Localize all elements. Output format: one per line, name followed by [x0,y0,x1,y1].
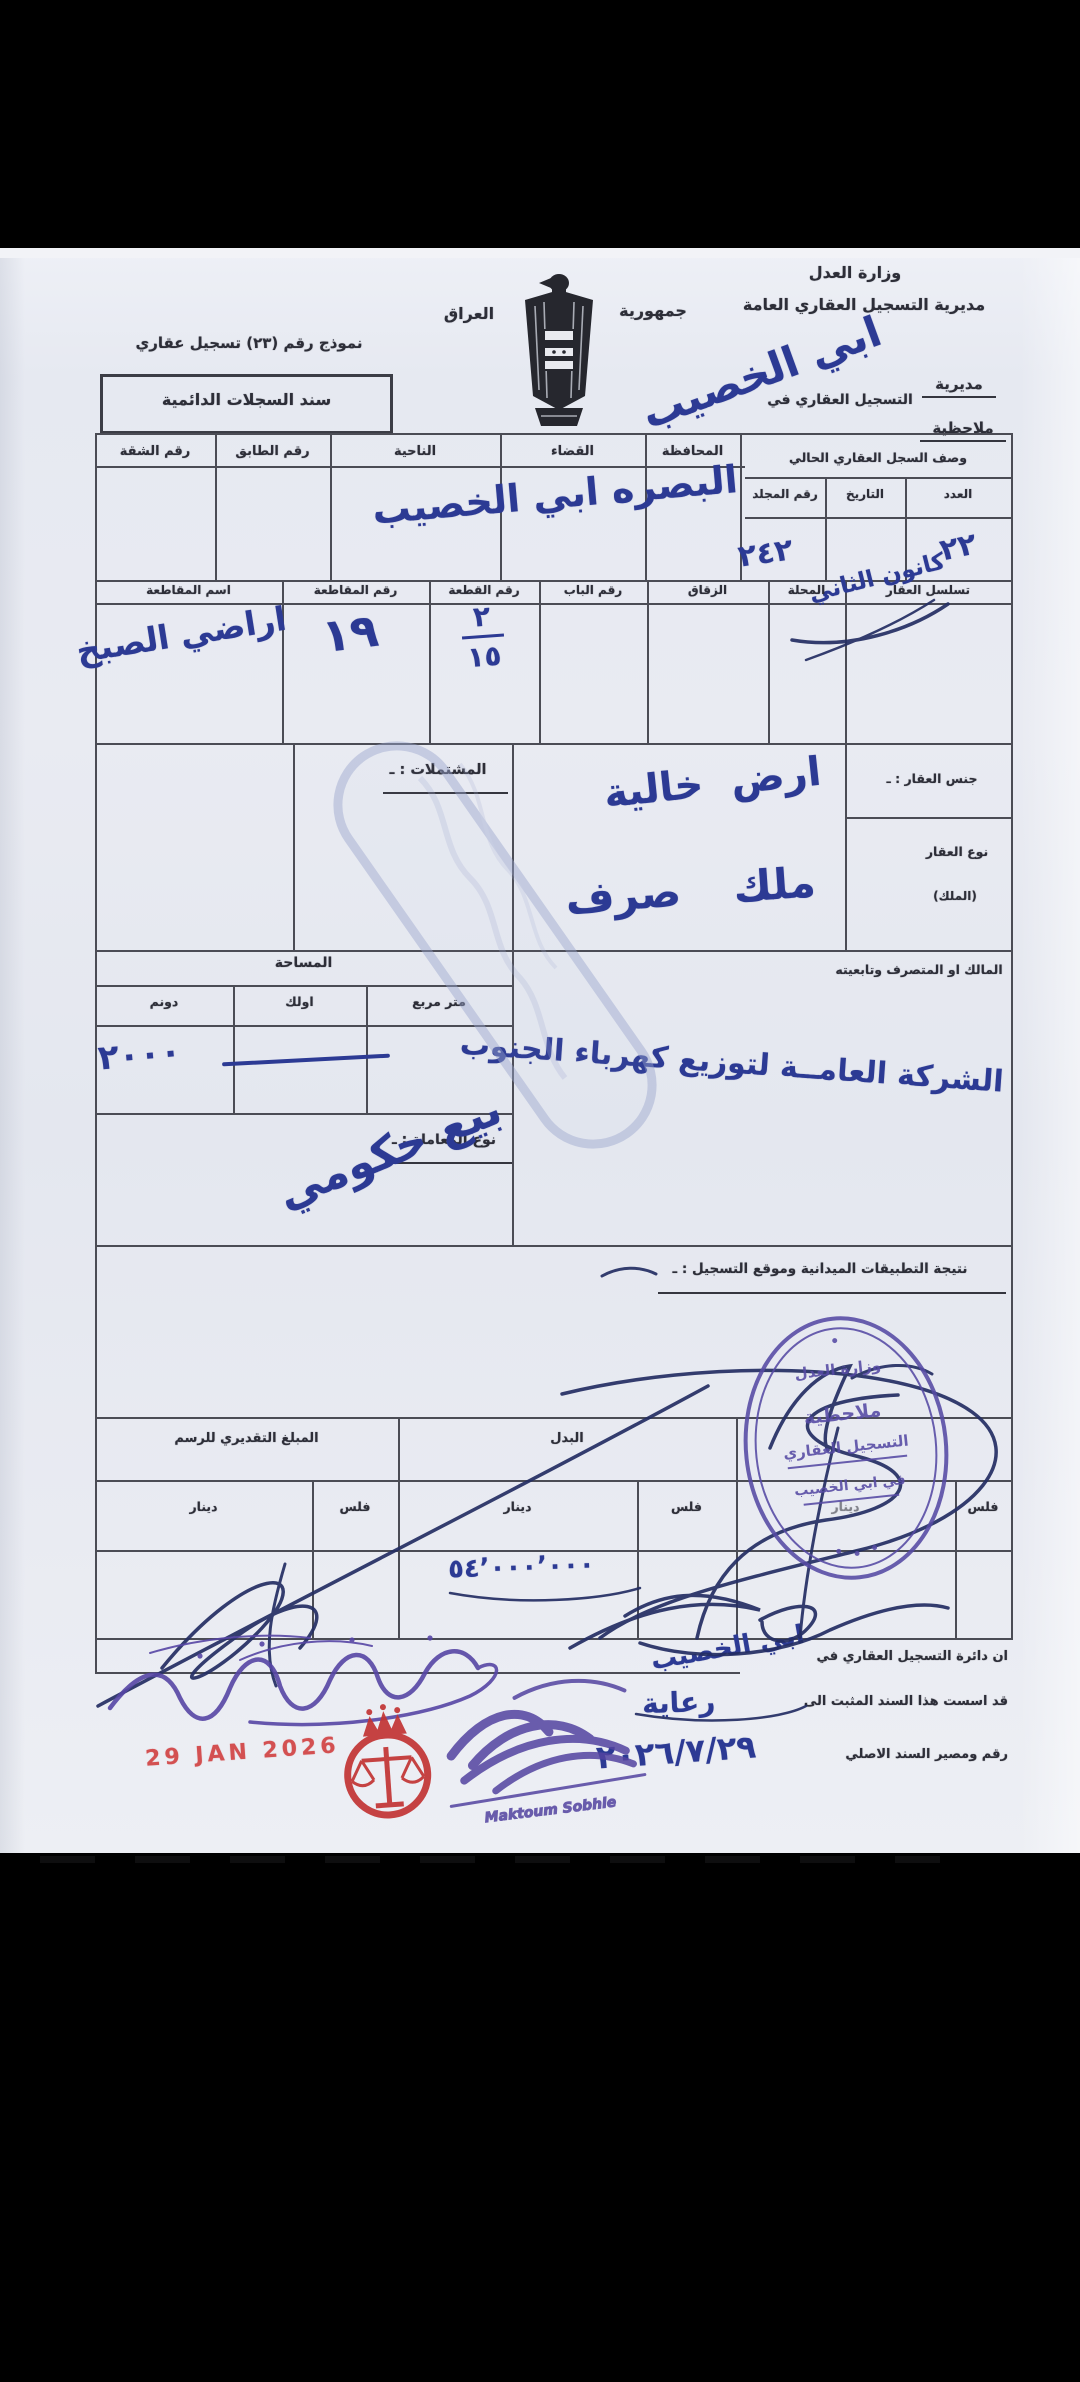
oval-stamp-line3: التسجيل العقاري [782,1431,909,1463]
oval-stamp-line2: ملاحظية [803,1399,883,1429]
scanned-deed-document: وزارة العدل مديرية التسجيل العقاري العام… [0,0,1080,2382]
faded-capsule-stamp [315,723,676,1167]
deed-page: وزارة العدل مديرية التسجيل العقاري العام… [0,248,1080,1853]
lawyer-calligraphy-stamp: Maktoum Sobhie [430,1672,670,1842]
bottom-letterbox-bar [0,1853,1080,2382]
ink-and-stamps-overlay [0,248,1080,1853]
registry-oval-stamp: وزارة العدل ملاحظية التسجيل العقاري في ا… [728,1300,968,1600]
bar-association-red-stamp [335,1705,440,1825]
top-letterbox-bar [0,0,1080,248]
scan-edge-artifact [40,1856,940,1863]
oval-stamp-line1: وزارة العدل [794,1356,882,1383]
